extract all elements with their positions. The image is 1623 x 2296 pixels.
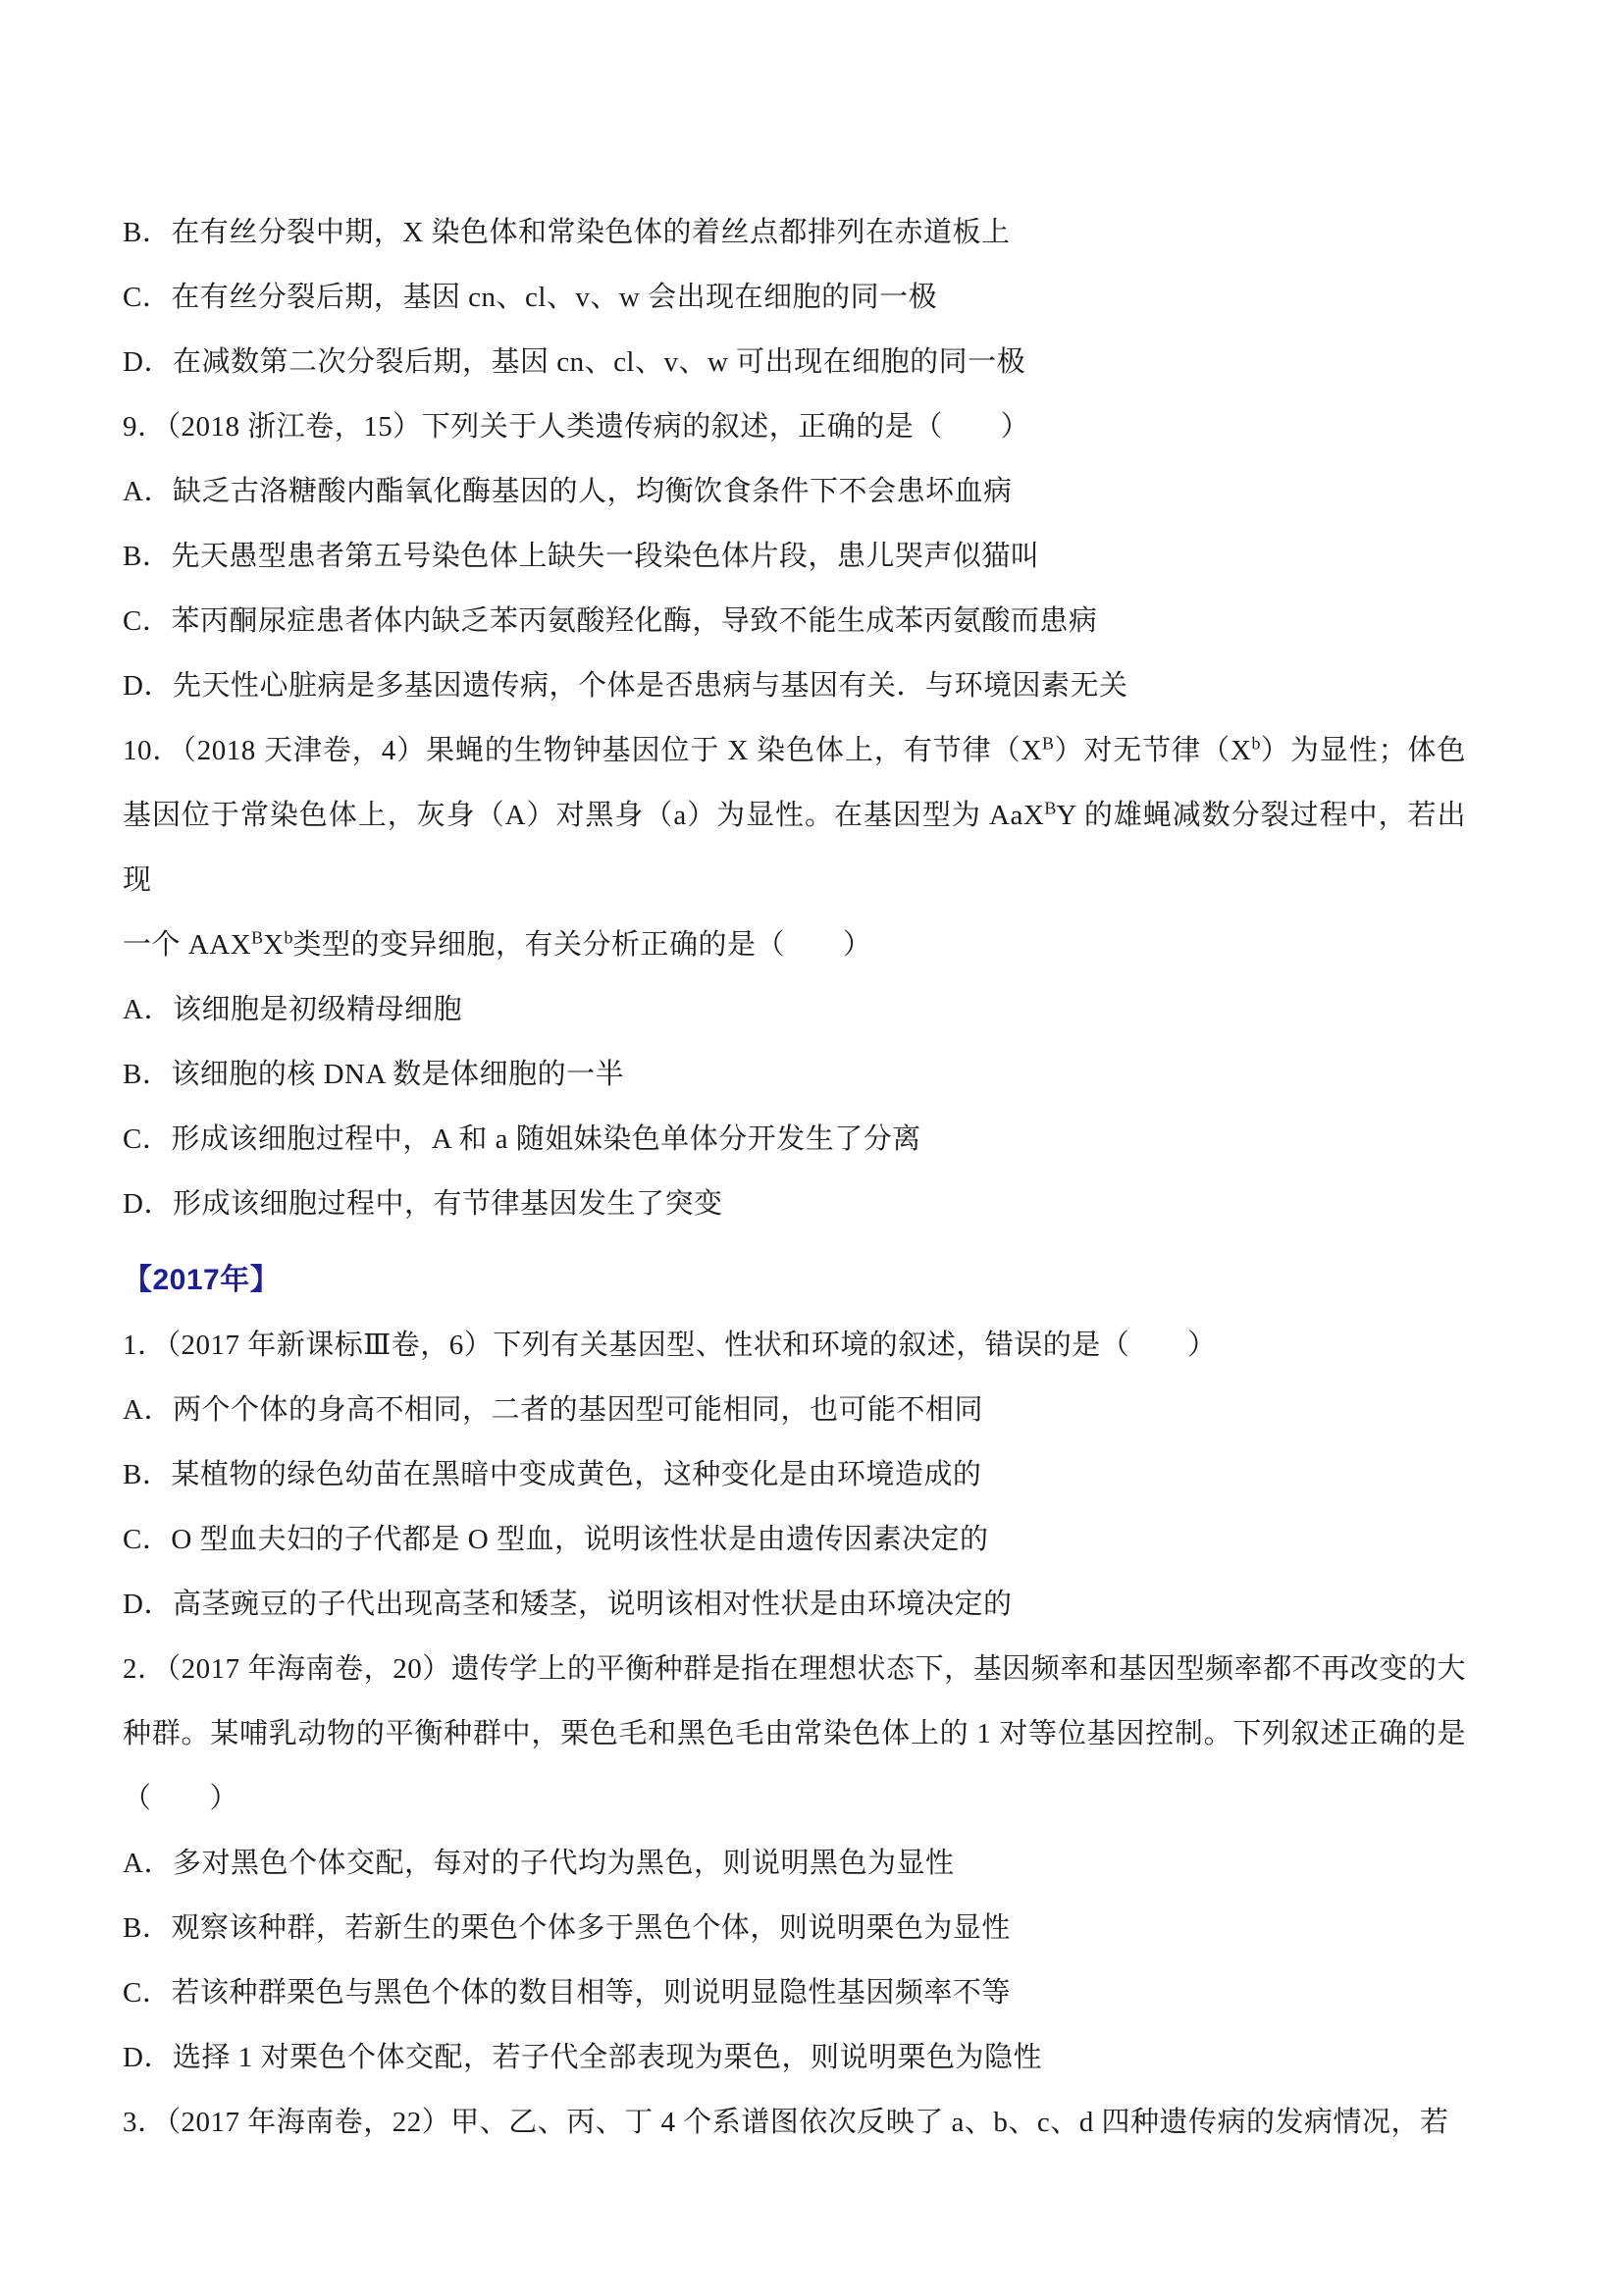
option-line: D．先天性心脏病是多基因遗传病，个体是否患病与基因有关．与环境因素无关	[123, 653, 1466, 718]
question-stem-line: （ ）	[123, 1766, 1466, 1831]
option-line: B．在有丝分裂中期，X 染色体和常染色体的着丝点都排列在赤道板上	[123, 200, 1466, 265]
superscript-allele: b	[1251, 733, 1260, 753]
option-line: A．两个个体的身高不相同，二者的基因型可能相同，也可能不相同	[123, 1378, 1466, 1442]
question-stem-line: 一个 AAXBXb类型的变异细胞，有关分析正确的是（ ）	[123, 913, 1466, 977]
question-stem-line: 10．（2018 天津卷，4）果蝇的生物钟基因位于 X 染色体上，有节律（XB）…	[123, 718, 1466, 783]
option-line: A．该细胞是初级精母细胞	[123, 977, 1466, 1042]
option-line: C．苯丙酮尿症患者体内缺乏苯丙氨酸羟化酶，导致不能生成苯丙氨酸而患病	[123, 589, 1466, 653]
option-line: A．缺乏古洛糖酸内酯氧化酶基因的人，均衡饮食条件下不会患坏血病	[123, 459, 1466, 524]
option-line: C．若该种群栗色与黑色个体的数目相等，则说明显隐性基因频率不等	[123, 1960, 1466, 2025]
question-stem-line: 1．（2017 年新课标Ⅲ卷，6）下列有关基因型、性状和环境的叙述，错误的是（ …	[123, 1313, 1466, 1378]
option-line: B．该细胞的核 DNA 数是体细胞的一半	[123, 1042, 1466, 1107]
option-line: D．高茎豌豆的子代出现高茎和矮茎，说明该相对性状是由环境决定的	[123, 1572, 1466, 1637]
question-stem-line: 2．（2017 年海南卷，20）遗传学上的平衡种群是指在理想状态下，基因频率和基…	[123, 1637, 1466, 1701]
option-line: D．形成该细胞过程中，有节律基因发生了突变	[123, 1172, 1466, 1236]
option-line: B．观察该种群，若新生的栗色个体多于黑色个体，则说明栗色为显性	[123, 1896, 1466, 1960]
superscript-allele: B	[1042, 733, 1054, 753]
question-stem-line: 3．（2017 年海南卷，22）甲、乙、丙、丁 4 个系谱图依次反映了 a、b、…	[123, 2090, 1466, 2155]
option-line: B．某植物的绿色幼苗在黑暗中变成黄色，这种变化是由环境造成的	[123, 1442, 1466, 1507]
question-stem-line: 基因位于常染色体上，灰身（A）对黑身（a）为显性。在基因型为 AaXBY 的雄蝇…	[123, 783, 1466, 913]
superscript-allele: b	[285, 927, 293, 947]
option-line: C．形成该细胞过程中，A 和 a 随姐妹染色单体分开发生了分离	[123, 1107, 1466, 1172]
option-line: D．在减数第二次分裂后期，基因 cn、cl、v、w 可出现在细胞的同一极	[123, 330, 1466, 394]
superscript-allele: B	[251, 927, 263, 947]
question-stem-line: 9．（2018 浙江卷，15）下列关于人类遗传病的叙述，正确的是（ ）	[123, 394, 1466, 459]
question-stem-line: 种群。某哺乳动物的平衡种群中，栗色毛和黑色毛由常染色体上的 1 对等位基因控制。…	[123, 1701, 1466, 1766]
year-section-header: 【2017年】	[123, 1248, 1466, 1313]
option-line: D．选择 1 对栗色个体交配，若子代全部表现为栗色，则说明栗色为隐性	[123, 2025, 1466, 2090]
superscript-allele: B	[1044, 798, 1056, 817]
option-line: C．在有丝分裂后期，基因 cn、cl、v、w 会出现在细胞的同一极	[123, 265, 1466, 330]
document-page: B．在有丝分裂中期，X 染色体和常染色体的着丝点都排列在赤道板上C．在有丝分裂后…	[123, 200, 1466, 2155]
option-line: A．多对黑色个体交配，每对的子代均为黑色，则说明黑色为显性	[123, 1831, 1466, 1896]
option-line: B．先天愚型患者第五号染色体上缺失一段染色体片段，患儿哭声似猫叫	[123, 524, 1466, 589]
option-line: C．O 型血夫妇的子代都是 O 型血，说明该性状是由遗传因素决定的	[123, 1507, 1466, 1572]
